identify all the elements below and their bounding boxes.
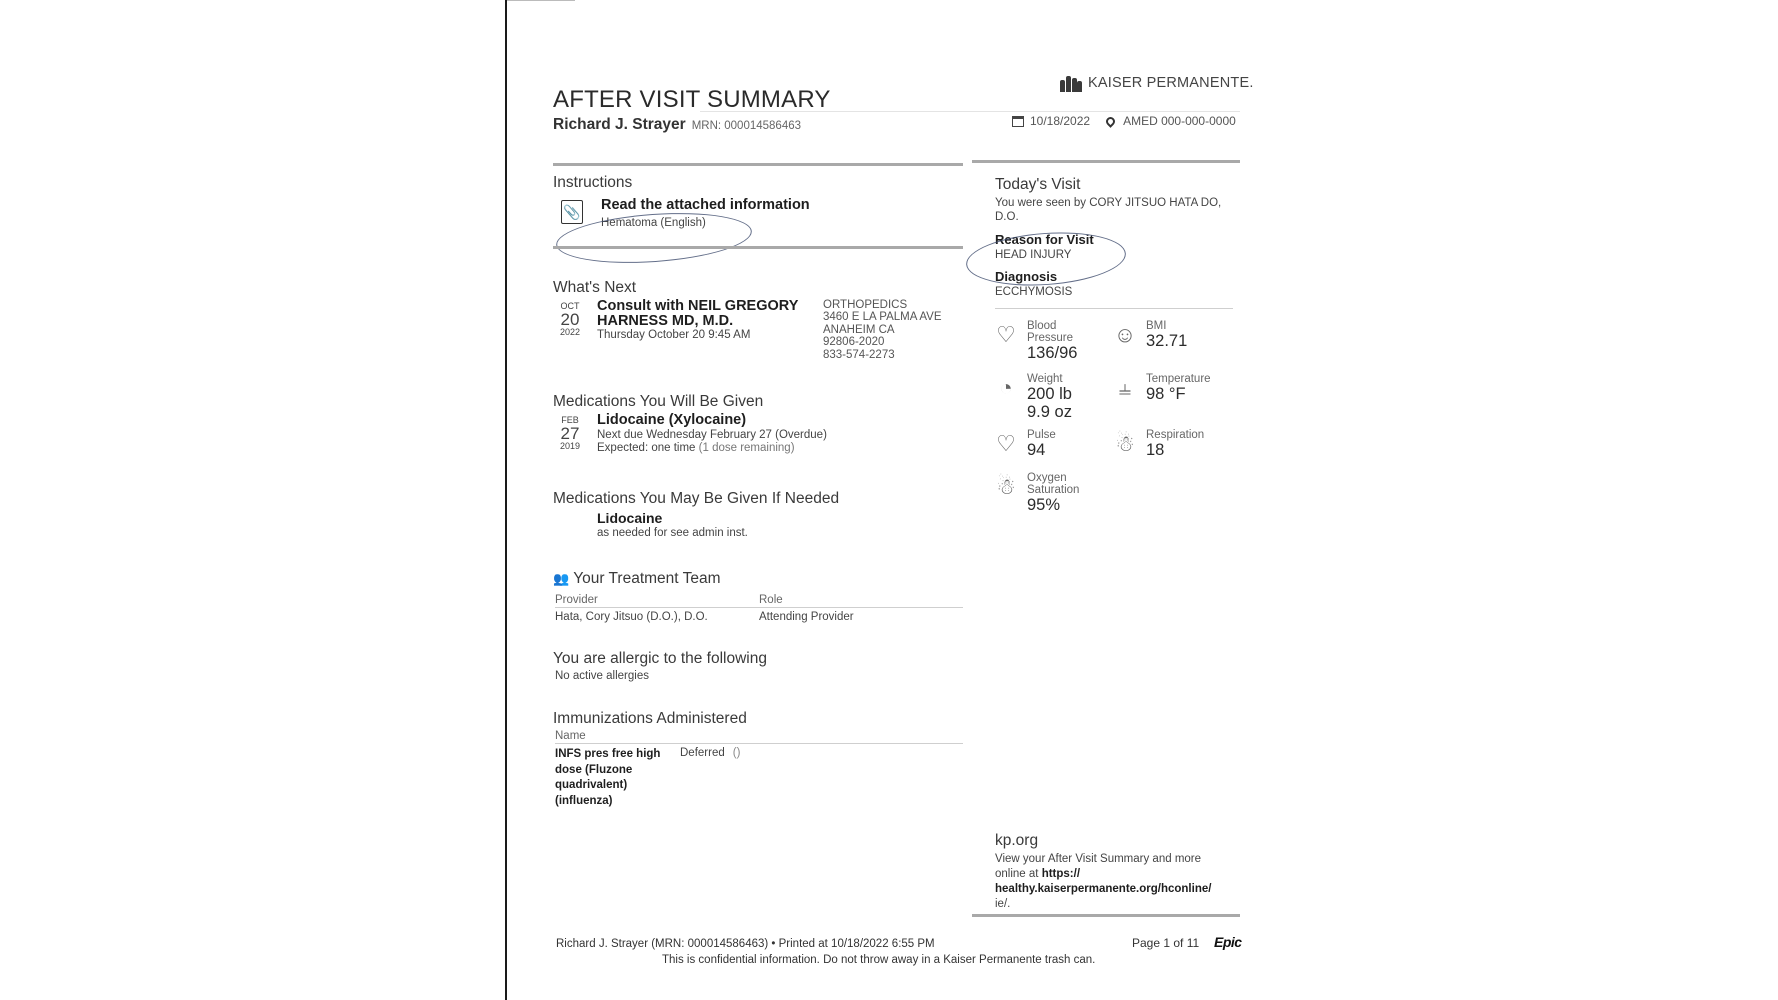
page-left-edge xyxy=(505,0,507,1000)
med-due-date: FEB 27 2019 xyxy=(557,416,583,451)
med-next-due: Next due Wednesday February 27 (Overdue) xyxy=(597,429,827,442)
vital-respiration: ☃Respiration18 xyxy=(1112,429,1204,459)
med-given-name: Lidocaine (Xylocaine) xyxy=(597,412,827,429)
left-column-top-rule xyxy=(553,163,963,166)
visit-location: AMED 000-000-0000 xyxy=(1123,114,1236,128)
heart-gauge-icon: ♡ xyxy=(993,320,1019,350)
appointment-title-2: HARNESS MD, M.D. xyxy=(597,314,798,329)
vital-value: 98 °F xyxy=(1146,385,1211,403)
kaiser-logo-icon xyxy=(1060,74,1082,92)
treatment-team-heading: 👥 Your Treatment Team xyxy=(553,570,721,588)
immunizations-heading: Immunizations Administered xyxy=(553,710,747,728)
appointment-department: ORTHOPEDICS xyxy=(823,299,942,311)
patient-header: Richard J. StrayerMRN: 000014586463 xyxy=(553,116,801,134)
patient-name: Richard J. Strayer xyxy=(553,116,686,133)
appointment-time: Thursday October 20 9:45 AM xyxy=(597,329,798,341)
diagnosis-value: ECCHYMOSIS xyxy=(995,286,1072,298)
vital-blood-pressure: ♡BloodPressure136/96 xyxy=(993,320,1077,362)
appointment-year: 2022 xyxy=(557,328,583,337)
vital-value: 94 xyxy=(1027,441,1056,459)
immunization-status-detail: () xyxy=(733,747,741,809)
instruction-title[interactable]: Read the attached information xyxy=(601,197,810,213)
vital-label: Blood xyxy=(1027,320,1077,332)
calendar-icon xyxy=(1012,116,1024,127)
vital-label: BMI xyxy=(1146,320,1187,332)
vital-temperature: ⫨Temperature98 °F xyxy=(1112,373,1211,403)
footer-printed: Richard J. Strayer (MRN: 000014586463) •… xyxy=(556,938,935,950)
kaiser-logo: KAISER PERMANENTE. xyxy=(1060,74,1254,92)
vital-bmi: ☺BMI32.71 xyxy=(1112,320,1187,350)
page-top-edge xyxy=(505,0,575,1)
vital-value: 32.71 xyxy=(1146,332,1187,350)
header-divider xyxy=(700,111,1240,112)
treatment-team-table: Provider Role Hata, Cory Jitsuo (D.O.), … xyxy=(555,594,963,623)
immunizations-table-header: Name xyxy=(555,730,963,744)
vital-oxygen-saturation: ☃OxygenSaturation95% xyxy=(993,472,1079,514)
appointment-title-1: Consult with NEIL GREGORY xyxy=(597,299,798,314)
person-body-icon: ☺ xyxy=(1112,320,1138,350)
appointment-phone: 833-574-2273 xyxy=(823,349,942,361)
lungs-breath-icon: ☃ xyxy=(1112,429,1138,459)
right-column-top-rule xyxy=(972,160,1240,163)
handwritten-circle-reason xyxy=(964,227,1127,290)
med-expected: Expected: one time (1 dose remaining) xyxy=(597,442,827,455)
page-number: Page 1 of 11 xyxy=(1132,936,1199,950)
appointment-city: ANAHEIM CA xyxy=(823,324,942,336)
heartbeat-icon: ♡ xyxy=(993,429,1019,459)
provider-role: Attending Provider xyxy=(759,611,854,623)
allergies-detail: No active allergies xyxy=(555,670,649,682)
vital-value: 18 xyxy=(1146,441,1204,459)
thermometer-icon: ⫨ xyxy=(1112,373,1138,403)
appointment-zip: 92806-2020 xyxy=(823,336,942,348)
vital-label: Pulse xyxy=(1027,429,1056,441)
allergies-heading: You are allergic to the following xyxy=(553,650,767,668)
vital-value: 95% xyxy=(1027,496,1079,514)
vital-value: 200 lb xyxy=(1027,385,1072,403)
vital-label: Oxygen xyxy=(1027,472,1079,484)
vital-weight: ◔Weight200 lb9.9 oz xyxy=(993,373,1072,421)
whats-next-heading: What's Next xyxy=(553,279,636,297)
vital-value: 9.9 oz xyxy=(1027,403,1072,421)
meds-if-needed-heading: Medications You May Be Given If Needed xyxy=(553,490,839,508)
table-row: Hata, Cory Jitsuo (D.O.), D.O. Attending… xyxy=(555,611,963,623)
immunization-status: Deferred xyxy=(680,747,725,809)
patient-mrn: MRN: 000014586463 xyxy=(692,120,801,132)
kp-text: View your After Visit Summary and more o… xyxy=(995,852,1211,912)
prn-med-name: Lidocaine xyxy=(597,510,662,526)
prn-med-detail: as needed for see admin inst. xyxy=(597,527,748,539)
med-due-day: 27 xyxy=(557,425,583,442)
document-title: AFTER VISIT SUMMARY xyxy=(553,86,831,114)
immunizations-table: Name INFS pres free high dose (Fluzone q… xyxy=(555,730,963,809)
confidential-notice: This is confidential information. Do not… xyxy=(662,954,1095,966)
vital-label: Weight xyxy=(1027,373,1072,385)
scale-icon: ◔ xyxy=(993,373,1019,403)
appointment-details: Consult with NEIL GREGORY HARNESS MD, M.… xyxy=(597,299,798,342)
kp-heading: kp.org xyxy=(995,832,1038,850)
appointment-address: 3460 E LA PALMA AVE xyxy=(823,311,942,323)
visit-meta: 10/18/2022 AMED 000-000-0000 xyxy=(1012,114,1236,128)
appointment-location: ORTHOPEDICS 3460 E LA PALMA AVE ANAHEIM … xyxy=(823,299,942,361)
table-row: INFS pres free high dose (Fluzone quadri… xyxy=(555,747,963,809)
appointment-date: OCT 20 2022 xyxy=(557,302,583,337)
instructions-heading: Instructions xyxy=(553,174,632,192)
team-table-header: Provider Role xyxy=(555,594,963,608)
brand-name: KAISER PERMANENTE. xyxy=(1088,75,1254,91)
meds-given-heading: Medications You Will Be Given xyxy=(553,393,763,411)
kp-link-part1[interactable]: https:// xyxy=(1042,868,1080,880)
lungs-person-icon: ☃ xyxy=(993,472,1019,502)
vital-pulse: ♡Pulse94 xyxy=(993,429,1056,459)
vital-label: Saturation xyxy=(1027,484,1079,496)
attachment-icon: 📎 xyxy=(561,200,583,224)
provider-name: Hata, Cory Jitsuo (D.O.), D.O. xyxy=(555,611,759,623)
seen-by: You were seen by CORY JITSUO HATA DO, D.… xyxy=(995,197,1221,225)
visit-date: 10/18/2022 xyxy=(1030,114,1090,128)
immunization-name: INFS pres free high dose (Fluzone quadri… xyxy=(555,747,680,809)
right-column-bottom-rule xyxy=(972,914,1240,917)
epic-logo: Epic xyxy=(1214,934,1242,950)
kp-link[interactable]: healthy.kaiserpermanente.org/hconline/ xyxy=(995,882,1211,897)
todays-visit-heading: Today's Visit xyxy=(995,176,1080,194)
team-icon: 👥 xyxy=(553,571,569,587)
vital-value: 136/96 xyxy=(1027,344,1077,362)
location-pin-icon xyxy=(1104,115,1117,128)
med-given-details: Lidocaine (Xylocaine) Next due Wednesday… xyxy=(597,412,827,455)
appointment-day: 20 xyxy=(557,311,583,328)
handwritten-circle xyxy=(555,207,754,269)
vital-label: Pressure xyxy=(1027,332,1077,344)
med-due-year: 2019 xyxy=(557,442,583,451)
visit-divider xyxy=(995,308,1233,309)
vital-label: Respiration xyxy=(1146,429,1204,441)
vital-label: Temperature xyxy=(1146,373,1211,385)
instructions-bottom-rule xyxy=(553,246,963,249)
